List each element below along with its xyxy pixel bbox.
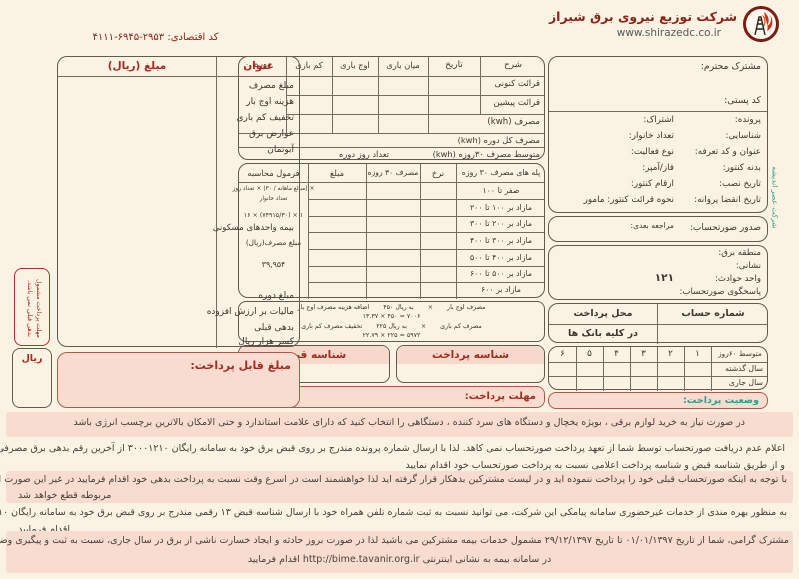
field-meter-digits: ارقام کنتور: [631, 179, 674, 189]
flame-pylon-icon [742, 5, 780, 43]
tariff-step-1: مازاد بر ۱۰۰ تا ۲۰۰ [456, 203, 546, 212]
previous-debt-note-line2: بدهی قبلی نمی باشد. [24, 279, 33, 338]
rial-label: ریال [13, 353, 51, 364]
charge-peak-cost: هزینه اوج بار [246, 97, 294, 107]
issue-date-label: صدور صورتحساب: [690, 223, 761, 233]
payment-history-box: متوسط ۶۰روز ۱ ۲ ۳ ۴ ۵ ۶ سال گذشته سال جا… [548, 346, 768, 390]
postal-code-label: کد پستی: [724, 95, 761, 106]
charge-period-amount: مبلغ دوره [258, 291, 294, 301]
tariff-step-4: مازاد بر ۴۰۰ تا ۵۰۰ [456, 253, 546, 262]
economic-code-value: ۲۹۵۳-۶۹۴۵-۴۱۱۱ [93, 32, 165, 43]
issue-box: صدور صورتحساب: مراجعه بعدی: [548, 216, 768, 242]
tariff-grid-line [308, 282, 544, 283]
payment-place-hr [549, 324, 767, 325]
field-reading-method: نحوه قرائت کنتور: مامور [584, 195, 674, 205]
deadline-label: مهلت پرداخت: [465, 391, 536, 402]
col-mid-load: میان باری [378, 60, 428, 70]
charge-lowload-discount: تخفیف کم باری [236, 113, 294, 123]
readings-grid-line [286, 95, 544, 96]
answering-label: پاسخگوی صورتحساب: [680, 287, 762, 297]
vertical-right-note: شرکت عصر اندیشه [768, 150, 782, 245]
multiply-sign: × [421, 323, 426, 330]
multiply-sign: × [428, 304, 433, 311]
note-1-line-1: در صورت نیاز به خرید لوازم برقی ، بویژه … [73, 417, 745, 428]
emergency-label: واحد حوادث: [715, 274, 761, 284]
history-col-6: ۶ [549, 349, 576, 359]
tariff-col-steps: پله های مصرف ۳۰ روزه [456, 168, 546, 177]
lowload-rate: به ریال ۲۲۵ [376, 323, 407, 330]
charges-box: عنوان مبلغ (ریال) مبلغ مصرف هزینه اوج با… [57, 56, 300, 347]
note-2-line-1: اعلام عدم دریافت صورتحساب توسط شما از تع… [0, 443, 785, 454]
previous-debt-note: مهلت پرداخت مشمول بدهی قبلی نمی باشد. [24, 279, 43, 338]
multiply-sign: × [310, 186, 315, 192]
previous-debt-note-line1: مهلت پرداخت مشمول [33, 279, 42, 338]
tariff-col-rate: نرخ [420, 168, 456, 178]
company-logo [742, 5, 780, 43]
col-desc: شرح [480, 60, 546, 70]
tariff-grid-line [308, 216, 544, 217]
economic-code-label: کد اقتصادی: [167, 32, 218, 43]
col-peak-load: اوج باری [332, 60, 378, 70]
field-license-expiry: تاریخ انقضا پروانه: [694, 195, 761, 205]
economic-code: کد اقتصادی: ۲۹۵۳-۶۹۴۵-۴۱۱۱ [58, 32, 253, 43]
tariff-grid-line [308, 232, 544, 233]
history-col-2: ۲ [657, 349, 684, 359]
previous-debt-note-wrap: مهلت پرداخت مشمول بدهی قبلی نمی باشد. [0, 293, 73, 323]
lowload-discount-label: تخفیف مصرف کم باری [301, 323, 362, 330]
note-2-line-2: و از طریق شناسه قبض و شناسه پرداخت اعلام… [406, 460, 786, 471]
payment-place-value: در کلیه بانک ها [549, 328, 657, 339]
payment-id-box: شناسه پرداخت [396, 345, 545, 383]
note-4-line-1: به منظور بهره مندی از خدمات غیرحضوری سام… [0, 507, 787, 518]
field-meter-body: بدنه کنتور: [723, 163, 761, 173]
row-previous-reading: قرائت پیشین [493, 98, 540, 108]
charges-divider [216, 57, 217, 348]
tariff-step-2: مازاد بر ۲۰۰ تا ۳۰۰ [456, 219, 546, 228]
charge-subscription: آبونمان [267, 145, 294, 155]
note-5-line-2: در سامانه بیمه به نشانی اینترنتی http://… [0, 554, 799, 565]
field-phase-amp: فاز/آمپر: [642, 163, 674, 173]
company-name: شرکت توزیع نیروی برق شیراز [549, 9, 737, 24]
charge-vat: مالیات بر ارزش افزوده [207, 307, 294, 317]
field-tariff: عنوان و کد تعرفه: [695, 147, 761, 157]
peak-usage-label: مصرف اوج بار [447, 304, 485, 311]
payment-place-box: شماره حساب محل پرداخت در کلیه بانک ها [548, 303, 768, 343]
charge-previous-debt: بدهی قبلی [254, 323, 294, 333]
note-3-line-2: مربوطه قطع خواهد شد [18, 490, 111, 501]
tariff-step-3: مازاد بر ۳۰۰ تا ۴۰۰ [456, 236, 546, 245]
electricity-bill: { "colors": { "accent_red": "#a32b20", "… [0, 0, 799, 579]
readings-grid-line [286, 114, 544, 115]
emergency-number: ۱۲۱ [655, 272, 674, 284]
charge-consumption: مبلغ مصرف [249, 81, 294, 91]
address-label: نشانی: [736, 261, 761, 271]
history-grid-line [549, 376, 767, 377]
charges-amount-header: مبلغ (ریال) [58, 60, 216, 72]
rial-box: ریال [12, 348, 52, 408]
row-current-reading: قرائت کنونی [495, 79, 540, 89]
payment-id-label: شناسه پرداخت [432, 349, 509, 361]
tariff-grid-line [308, 249, 544, 250]
payment-id-header: شناسه پرداخت [397, 346, 544, 364]
history-col-4: ۴ [603, 349, 630, 359]
history-col-1: ۱ [684, 349, 711, 359]
field-activity: نوع فعالیت: [631, 147, 674, 157]
tariff-grid-line [308, 266, 544, 267]
history-col-3: ۳ [630, 349, 657, 359]
row-consumption: مصرف (kwh) [487, 117, 540, 127]
avg-30day-consumption: متوسط مصرف ۳۰روزه (kwh) [433, 149, 540, 159]
tariff-step-5: مازاد بر ۵۰۰ تا ۶۰۰ [456, 269, 546, 278]
tariff-step-0: صفر تا ۱۰۰ [456, 186, 546, 195]
field-file: پرونده: [735, 115, 761, 125]
tariff-col-amount: مبلغ [308, 168, 366, 178]
payment-place-header: محل پرداخت [549, 308, 657, 319]
note-5-line-1: مشترک گرامی، شما از تاریخ ۰۱/۰۱/۱۳۹۷ تا … [0, 535, 789, 546]
next-visit-label: مراجعه بعدی: [631, 221, 674, 230]
total-period-consumption: مصرف کل دوره (kwh) [458, 135, 540, 145]
field-install-date: تاریخ نصب: [719, 179, 761, 189]
col-date: تاریخ [428, 60, 480, 70]
field-household: تعداد خانوار: [629, 131, 674, 141]
charges-title-header: عنوان [216, 60, 301, 72]
previous-debt-note-box: مهلت پرداخت مشمول بدهی قبلی نمی باشد. [14, 268, 50, 346]
payment-status-box: وضعیت پرداخت: [548, 392, 768, 409]
payable-label: مبلغ قابل پرداخت: [190, 359, 291, 372]
vertical-right-text: شرکت عصر اندیشه [771, 166, 780, 228]
field-subscription: اشتراک: [643, 115, 674, 125]
peak-surcharge-label: اضافه هزینه مصرف اوج بار [298, 304, 370, 311]
lowload-usage-label: مصرف کم باری [440, 323, 482, 330]
address-box: منطقه برق: نشانی: واحد حوادث: ۱۲۱ پاسخگو… [548, 245, 768, 300]
charge-round-off: کسر هزار ریال [238, 337, 294, 347]
region-label: منطقه برق: [718, 248, 761, 258]
period-days-label: تعداد روز دوره [339, 149, 389, 159]
history-grid-line [549, 362, 767, 363]
peak-rate: به ریال ۴۵۰ [383, 304, 414, 311]
history-last-year: سال گذشته [725, 364, 763, 373]
subscriber-box: مشترک محترم: کد پستی: پرونده: اشتراک: شن… [548, 56, 768, 213]
payable-box: مبلغ قابل پرداخت: [57, 352, 300, 408]
tariff-step-6: مازاد بر ۶۰۰ [456, 285, 546, 294]
history-col-5: ۵ [576, 349, 603, 359]
tariff-grid-line [308, 199, 544, 200]
tariff-col-use30: مصرف ۳۰ روزه [366, 168, 420, 177]
charges-header-line [58, 76, 299, 77]
account-number-header: شماره حساب [657, 308, 769, 319]
history-current-year: سال جاری [729, 378, 763, 387]
charge-duty: عوارض برق [249, 129, 294, 139]
charge-insurance: بیمه واحدهای مسکونی [213, 223, 294, 233]
history-avg-label: متوسط ۶۰روز [711, 349, 769, 358]
subscriber-greeting: مشترک محترم: [701, 61, 761, 72]
note-3-line-1: با توجه به اینکه صورتحساب قبلی خود را پر… [0, 474, 787, 485]
field-identify: شناسایی: [725, 131, 761, 141]
payment-status-label: وضعیت پرداخت: [683, 395, 759, 406]
company-website: www.shirazedc.co.ir [617, 27, 721, 39]
subscriber-divider [549, 111, 767, 112]
